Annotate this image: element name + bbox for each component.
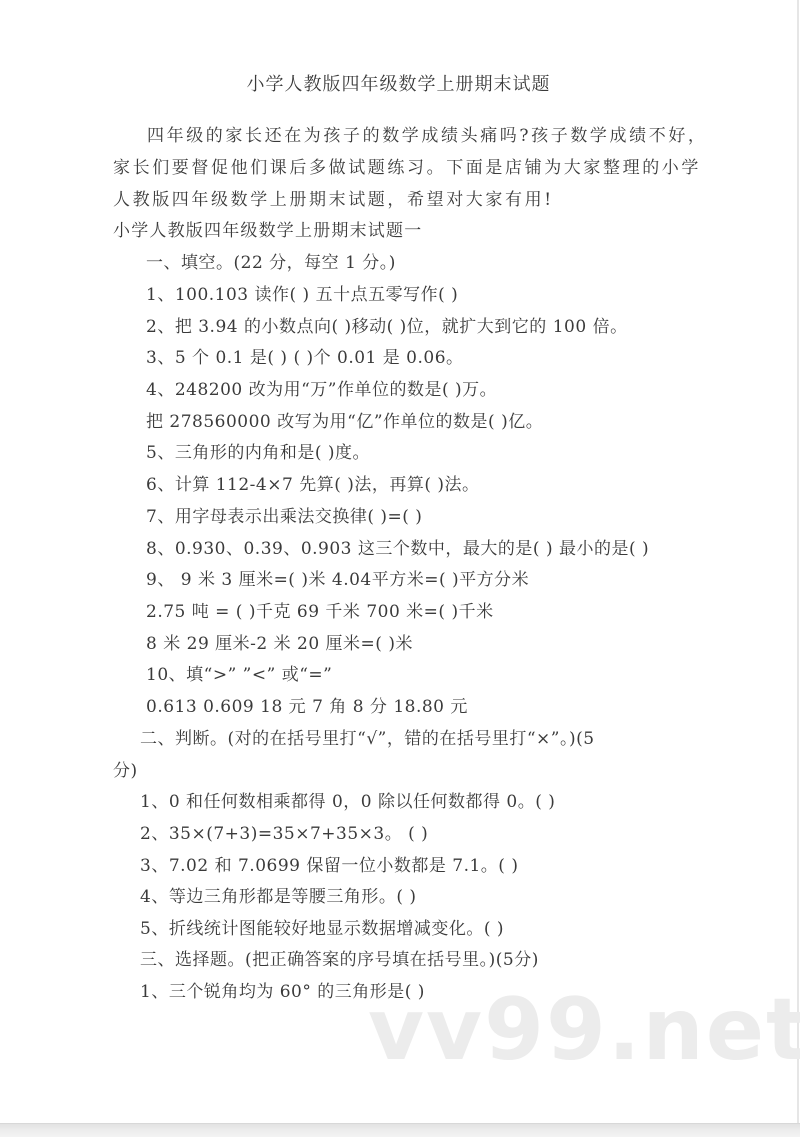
judgment-item: 5、折线统计图能较好地显示数据增减变化。( ) (140, 917, 504, 941)
question-item: 3、5 个 0.1 是( ) ( )个 0.01 是 0.06。 (146, 346, 464, 370)
question-item: 8、0.930、0.39、0.903 这三个数中，最大的是( ) 最小的是( ) (146, 537, 649, 561)
question-item: 0.613 0.609 18 元 7 角 8 分 18.80 元 (146, 695, 468, 719)
question-item: 5、三角形的内角和是( )度。 (146, 441, 370, 465)
section2-heading-cont: 分) (113, 759, 138, 783)
question-item: 把 278560000 改写为用“亿”作单位的数是( )亿。 (146, 410, 543, 434)
question-item: 1、100.103 读作( ) 五十点五零写作( ) (146, 283, 458, 307)
question-item: 7、用字母表示出乘法交换律( )=( ) (146, 505, 422, 529)
judgment-item: 3、7.02 和 7.0699 保留一位小数都是 7.1。( ) (140, 854, 518, 878)
intro-line-2: 家长们要督促他们课后多做试题练习。下面是店铺为大家整理的小学 (113, 156, 701, 180)
watermark: vv99.net (368, 985, 800, 1075)
section2-heading: 二、判断。(对的在括号里打“√”，错的在括号里打“×”。)(5 (140, 727, 595, 751)
question-item: 6、计算 112-4×7 先算( )法，再算( )法。 (146, 473, 480, 497)
exam-subtitle: 小学人教版四年级数学上册期末试题一 (113, 219, 422, 243)
section3-heading: 三、选择题。(把正确答案的序号填在括号里。)(5分) (140, 948, 539, 972)
question-item: 9、 9 米 3 厘米=( )米 4.04平方米=( )平方分米 (146, 568, 529, 592)
question-item: 10、填“>” ”<” 或“=” (146, 663, 332, 687)
judgment-item: 1、0 和任何数相乘都得 0，0 除以任何数都得 0。( ) (140, 790, 555, 814)
question-item: 2、把 3.94 的小数点向( )移动( )位，就扩大到它的 100 倍。 (146, 315, 628, 339)
section1-heading: 一、填空。(22 分，每空 1 分。) (146, 251, 396, 275)
judgment-item: 2、35×(7+3)=35×7+35×3。 ( ) (140, 822, 428, 846)
intro-line-1: 四年级的家长还在为孩子的数学成绩头痛吗?孩子数学成绩不好， (147, 124, 708, 148)
question-item: 2.75 吨 = ( )千克 69 千米 700 米=( )千米 (146, 600, 494, 624)
page-bottom-edge (0, 1123, 800, 1137)
document-title: 小学人教版四年级数学上册期末试题 (0, 70, 797, 96)
intro-line-3: 人教版四年级数学上册期末试题，希望对大家有用! (113, 188, 554, 212)
judgment-item: 4、等边三角形都是等腰三角形。( ) (140, 885, 416, 909)
question-item: 4、248200 改为用“万”作单位的数是( )万。 (146, 378, 497, 402)
question-item: 8 米 29 厘米-2 米 20 厘米=( )米 (146, 632, 413, 656)
